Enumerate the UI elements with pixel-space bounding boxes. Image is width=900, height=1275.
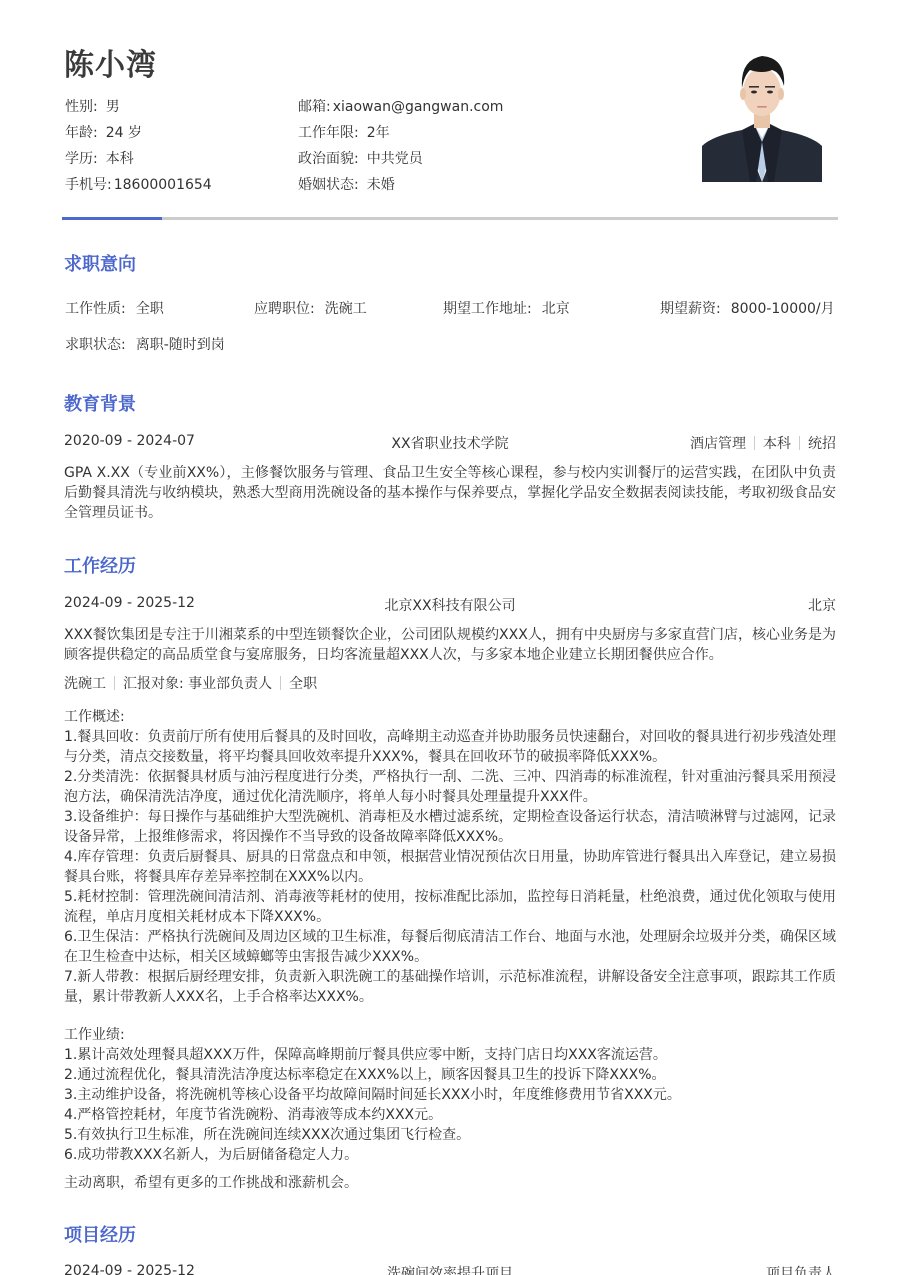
candidate-name: 陈小湾 [64,40,157,84]
info-gender: 性别:男 [65,96,120,116]
achievement-item: 2.通过流程优化，餐具清洗洁净度达标率稳定在XXX%以上，顾客因餐具卫生的投诉下… [64,1065,836,1085]
info-education: 学历:本科 [65,148,134,168]
work-header-row: 2024-09 - 2025-12 北京XX科技有限公司 北京 [64,595,836,615]
work-achievements-title: 工作业绩: [64,1025,836,1045]
project-role: 项目负责人 [766,1263,836,1275]
section-title-work: 工作经历 [64,552,136,578]
separator [280,676,281,690]
achievement-item: 6.成功带教XXX名新人，为后厨储备稳定人力。 [64,1145,836,1165]
achievement-item: 1.累计高效处理餐具超XXX万件，保障高峰期前厅餐具供应零中断，支持门店日均XX… [64,1045,836,1065]
work-overview-title: 工作概述: [64,707,836,727]
section-title-intent: 求职意向 [64,250,136,276]
intent-location: 期望工作地址:北京 [443,298,570,318]
info-marital: 婚姻状态:未婚 [298,174,395,194]
intent-position: 应聘职位:洗碗工 [254,298,367,318]
work-location: 北京 [808,595,836,615]
info-email: 邮箱:xiaowan@gangwan.com [298,96,503,116]
profile-photo [702,50,822,182]
separator [799,436,800,450]
education-meta: 酒店管理本科统招 [690,433,836,453]
education-major: 酒店管理 [690,436,746,452]
work-overview: 工作概述: 1.餐具回收：负责前厅所有使用后餐具的及时回收，高峰期主动巡查并协助… [64,707,836,1007]
work-tags: 洗碗工汇报对象: 事业部负责人全职 [64,673,317,693]
achievement-item: 3.主动维护设备，将洗碗机等核心设备平均故障间隔时间延长XXX小时，年度维修费用… [64,1085,836,1105]
achievement-item: 4.严格管控耗材，年度节省洗碗粉、消毒液等成本约XXX元。 [64,1105,836,1125]
work-tag-role: 洗碗工 [64,676,106,692]
overview-item: 5.耗材控制：管理洗碗间清洁剂、消毒液等耗材的使用，按标准配比添加，监控每日消耗… [64,887,836,927]
project-name: 洗碗间效率提升项目 [64,1263,836,1275]
education-type: 统招 [808,436,836,452]
overview-item: 4.库存管理：负责后厨餐具、厨具的日常盘点和申领，根据营业情况预估次日用量，协助… [64,847,836,887]
education-description: GPA X.XX（专业前XX%），主修餐饮服务与管理、食品卫生安全等核心课程，参… [64,463,836,523]
info-age: 年龄:24 岁 [65,122,142,142]
separator [114,676,115,690]
info-political: 政治面貌:中共党员 [298,148,423,168]
work-achievements: 工作业绩: 1.累计高效处理餐具超XXX万件，保障高峰期前厅餐具供应零中断，支持… [64,1025,836,1165]
overview-item: 3.设备维护：每日操作与基础维护大型洗碗机、消毒柜及水槽过滤系统，定期检查设备运… [64,807,836,847]
overview-item: 1.餐具回收：负责前厅所有使用后餐具的及时回收，高峰期主动巡查并协助服务员快速翻… [64,727,836,767]
project-header-row: 2024-09 - 2025-12 洗碗间效率提升项目 项目负责人 [64,1263,836,1275]
intent-job-type: 工作性质:全职 [65,298,164,318]
overview-item: 2.分类清洗：依据餐具材质与油污程度进行分类，严格执行一刮、二洗、三冲、四消毒的… [64,767,836,807]
education-header-row: 2020-09 - 2024-07 XX省职业技术学院 酒店管理本科统招 [64,433,836,453]
section-title-education: 教育背景 [64,390,136,416]
overview-item: 6.卫生保洁：严格执行洗碗间及周边区域的卫生标准，每餐后彻底清洁工作台、地面与水… [64,927,836,967]
work-company-description: XXX餐饮集团是专注于川湘菜系的中型连锁餐饮企业，公司团队规模约XXX人，拥有中… [64,625,836,665]
overview-item: 7.新人带教：根据后厨经理安排，负责新入职洗碗工的基础操作培训，示范标准流程，讲… [64,967,836,1007]
separator [754,436,755,450]
intent-salary: 期望薪资:8000-10000/月 [660,298,835,318]
info-phone: 手机号:18600001654 [65,174,212,194]
achievement-item: 5.有效执行卫生标准，所在洗碗间连续XXX次通过集团飞行检查。 [64,1125,836,1145]
info-work-years: 工作年限:2年 [298,122,390,142]
education-degree: 本科 [763,436,791,452]
work-tag-type: 全职 [289,676,317,692]
work-tag-report: 汇报对象: 事业部负责人 [123,676,272,692]
section-title-project: 项目经历 [64,1221,136,1247]
header-divider-accent [62,217,162,220]
work-leave-reason: 主动离职，希望有更多的工作挑战和涨薪机会。 [64,1173,836,1193]
work-company: 北京XX科技有限公司 [64,595,836,615]
intent-status: 求职状态:离职-随时到岗 [65,334,225,354]
header-divider [62,217,838,220]
